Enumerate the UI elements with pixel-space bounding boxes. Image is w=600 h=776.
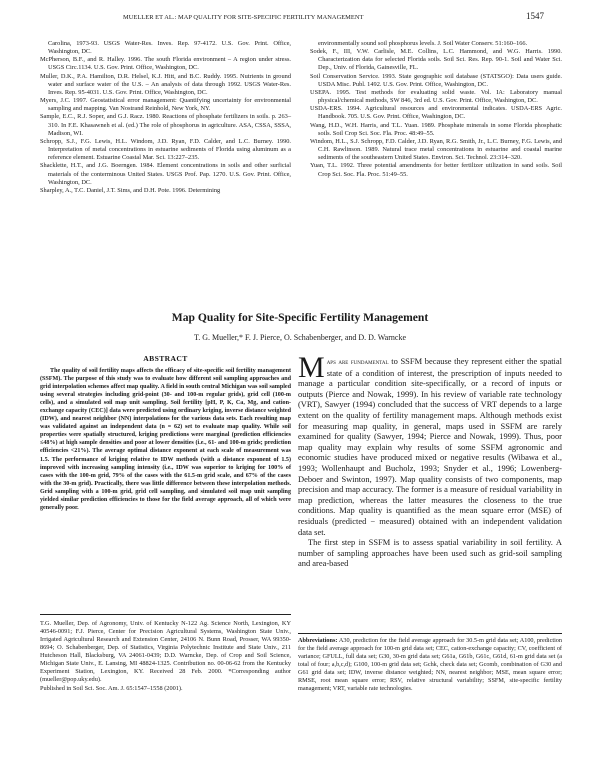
reference-entry: Soil Conservation Service. 1993. State g…: [310, 73, 562, 89]
article-authors: T. G. Mueller,* F. J. Pierce, O. Schaben…: [0, 333, 600, 342]
reference-entry: McPherson, B.F., and R. Halley. 1996. Th…: [40, 56, 291, 72]
intro-paragraph-2: The first step in SSFM is to assess spat…: [298, 537, 562, 569]
reference-entry: Muller, D.K., P.A. Hamilton, D.R. Helsel…: [40, 73, 291, 97]
reference-entry: Schropp, S.J., F.G. Lewis, H.L. Windom, …: [40, 138, 291, 162]
reference-entry: Wang, H.D., W.H. Harris, and T.L. Yuan. …: [310, 122, 562, 138]
publication-info: Published in Soil Sci. Soc. Am. J. 65:15…: [40, 685, 291, 692]
author-affiliations: T.G. Mueller, Dep. of Agronomy, Univ. of…: [40, 620, 291, 684]
reference-continued: Carolina, 1973-93. USGS Water-Res. Inves…: [48, 40, 291, 56]
reference-entry: USEPA. 1995. Test methods for evaluating…: [310, 89, 562, 105]
abbreviations-divider: [298, 633, 562, 634]
reference-entry: Shacklette, H.T., and J.G. Boerngen. 198…: [40, 162, 291, 186]
reference-entry: Sample, E.C., R.J. Soper, and G.J. Racz.…: [40, 113, 291, 137]
reference-entry: Sharpley, A., T.C. Daniel, J.T. Sims, an…: [40, 187, 291, 195]
references-right-column: environmentally sound soil phosphorus le…: [310, 40, 562, 179]
introduction-body: Maps are fundamental to SSFM because the…: [298, 356, 562, 569]
intro-paragraph-1-text: to SSFM because they represent either th…: [298, 356, 562, 537]
reference-entry: Windom, H.L., S.J. Schropp, F.D. Calder,…: [310, 138, 562, 162]
reference-entry: Yuan, T.L. 1992. Three potential amendme…: [310, 162, 562, 178]
reference-entry: Sodek, F., III, V.W. Carlisle, M.E. Coll…: [310, 48, 562, 72]
abbreviations-text: A30, prediction for the field average ap…: [298, 637, 562, 692]
reference-entry: Myers, J.C. 1997. Geostatistical error m…: [40, 97, 291, 113]
running-head: MUELLER ET AL.: MAP QUALITY FOR SITE-SPE…: [123, 14, 543, 21]
reference-continued: environmentally sound soil phosphorus le…: [318, 40, 562, 48]
references-left-column: Carolina, 1973-93. USGS Water-Res. Inves…: [40, 40, 291, 195]
abbreviations-footnote: Abbreviations: A30, prediction for the f…: [298, 637, 562, 693]
intro-paragraph-1: Maps are fundamental to SSFM because the…: [298, 356, 562, 537]
footnote-divider: [40, 614, 291, 615]
page-number: 1547: [526, 11, 544, 21]
lead-in-smallcaps: aps are fundamental: [327, 357, 389, 366]
article-title: Map Quality for Site-Specific Fertility …: [0, 311, 600, 324]
reference-entry: USDA-ERS. 1994. Agricultural resources a…: [310, 105, 562, 121]
abstract-heading: ABSTRACT: [40, 354, 291, 363]
drop-cap: M: [298, 357, 325, 379]
abbreviations-label: Abbreviations:: [298, 637, 337, 644]
abstract-text: The quality of soil fertility maps affec…: [40, 367, 291, 512]
